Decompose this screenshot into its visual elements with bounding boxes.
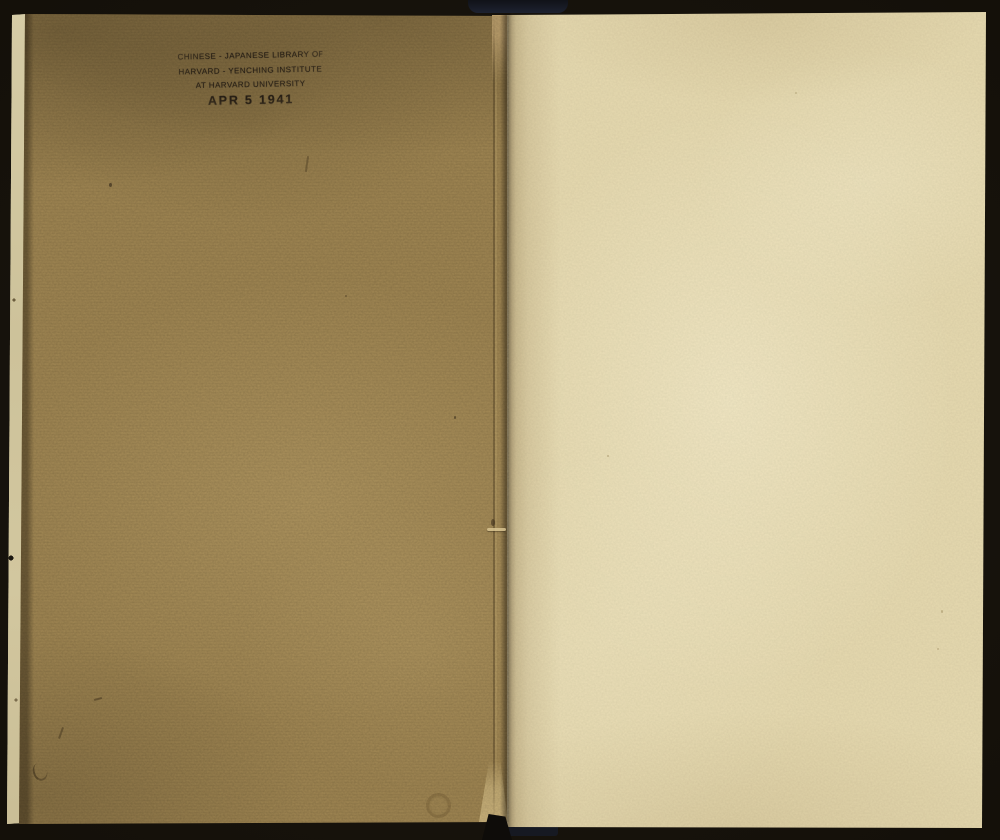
library-stamp: CHINESE - JAPANESE LIBRARY OF HARVARD - … bbox=[177, 47, 323, 109]
book-scan: CHINESE - JAPANESE LIBRARY OF HARVARD - … bbox=[0, 0, 1000, 840]
binding-stitch-knot bbox=[491, 519, 495, 526]
ring-stain bbox=[426, 793, 451, 818]
gutter-shadow bbox=[500, 13, 516, 827]
flyleaf-foxing-speck bbox=[795, 92, 797, 94]
flyleaf-foxing-speck bbox=[941, 610, 943, 613]
stamp-line-3: AT HARVARD UNIVERSITY bbox=[178, 76, 323, 94]
hinge-crease-highlight bbox=[495, 16, 497, 822]
stamp-date: APR 5 1941 bbox=[178, 91, 323, 109]
spine-edge-top bbox=[468, 0, 568, 13]
cover-speck bbox=[454, 416, 456, 419]
flyleaf-foxing-speck bbox=[937, 648, 939, 650]
cover-speck bbox=[109, 183, 112, 187]
binding-stitch-thread bbox=[487, 528, 506, 531]
flyleaf-foxing-speck bbox=[607, 455, 609, 457]
cover-speck bbox=[345, 295, 347, 297]
